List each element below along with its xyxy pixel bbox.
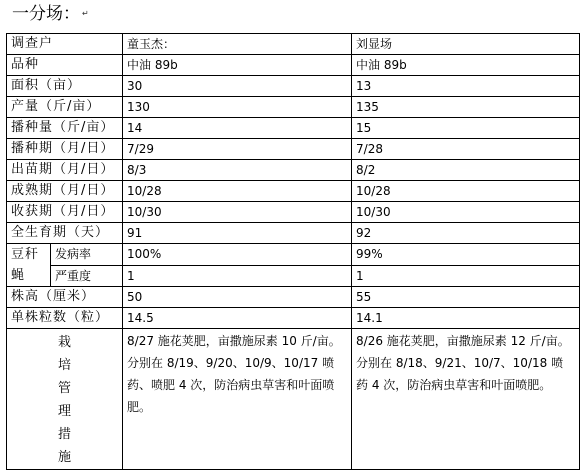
management-col1-text: 8/27 施花荚肥，亩撒施尿素 10 斤/亩。分别在 8/19、9/20、10/… bbox=[123, 329, 352, 470]
table-row: 产量（斤/亩） 130 135 bbox=[7, 97, 580, 118]
row-label: 单株粒数（粒） bbox=[7, 308, 123, 329]
table-row: 品种 中油 89b 中油 89b bbox=[7, 55, 580, 76]
pest-sub-label: 严重度 bbox=[51, 265, 123, 287]
row-col2-value: 8/2 bbox=[352, 160, 580, 181]
section-heading: 一分场：↵ bbox=[12, 3, 89, 25]
row-col2-value: 55 bbox=[352, 287, 580, 308]
row-col2-value: 99% bbox=[352, 244, 580, 266]
table-row: 播种量（斤/亩） 14 15 bbox=[7, 118, 580, 139]
header-col2-cell: 刘显场 bbox=[352, 34, 580, 55]
table-row: 株高（厘米） 50 55 bbox=[7, 287, 580, 308]
management-label: 栽 培 管 理 措 施 bbox=[7, 329, 123, 470]
management-label-char: 管 bbox=[7, 377, 122, 400]
row-col2-value: 92 bbox=[352, 223, 580, 244]
row-col1-value: 中油 89b bbox=[123, 55, 352, 76]
row-label: 产量（斤/亩） bbox=[7, 97, 123, 118]
row-col1-value: 1 bbox=[123, 265, 352, 287]
row-col1-value: 8/3 bbox=[123, 160, 352, 181]
row-col1-value: 10/30 bbox=[123, 202, 352, 223]
table-row: 成熟期（月/日） 10/28 10/28 bbox=[7, 181, 580, 202]
row-col1-value: 7/29 bbox=[123, 139, 352, 160]
paragraph-mark-icon: ↵ bbox=[82, 9, 89, 18]
row-label: 品种 bbox=[7, 55, 123, 76]
row-col1-value: 10/28 bbox=[123, 181, 352, 202]
management-col2-text: 8/26 施花荚肥，亩撒施尿素 12 斤/亩。分别在 8/18、9/21、10/… bbox=[352, 329, 580, 470]
row-col2-value: 7/28 bbox=[352, 139, 580, 160]
row-col1-value: 14 bbox=[123, 118, 352, 139]
row-col2-value: 10/30 bbox=[352, 202, 580, 223]
row-label: 株高（厘米） bbox=[7, 287, 123, 308]
management-row: 栽 培 管 理 措 施 8/27 施花荚肥，亩撒施尿素 10 斤/亩。分别在 8… bbox=[7, 329, 580, 470]
management-label-char: 施 bbox=[7, 446, 122, 469]
row-col1-value: 50 bbox=[123, 287, 352, 308]
row-label: 播种量（斤/亩） bbox=[7, 118, 123, 139]
row-label: 播种期（月/日） bbox=[7, 139, 123, 160]
row-label: 收获期（月/日） bbox=[7, 202, 123, 223]
row-col2-value: 10/28 bbox=[352, 181, 580, 202]
row-col2-value: 1 bbox=[352, 265, 580, 287]
header-label-cell: 调查户 bbox=[7, 34, 123, 55]
table-row: 播种期（月/日） 7/29 7/28 bbox=[7, 139, 580, 160]
row-col2-value: 135 bbox=[352, 97, 580, 118]
row-col1-value: 100% bbox=[123, 244, 352, 266]
header-col1-cell: 童玉杰： bbox=[123, 34, 352, 55]
table-row: 单株粒数（粒） 14.5 14.1 bbox=[7, 308, 580, 329]
management-label-char: 栽 bbox=[7, 331, 122, 354]
row-col1-value: 14.5 bbox=[123, 308, 352, 329]
management-label-char: 理 bbox=[7, 400, 122, 423]
pest-sub-label: 发病率 bbox=[51, 244, 123, 266]
row-col1-value: 91 bbox=[123, 223, 352, 244]
management-label-char: 培 bbox=[7, 354, 122, 377]
table-row: 出苗期（月/日） 8/3 8/2 bbox=[7, 160, 580, 181]
management-label-char: 措 bbox=[7, 423, 122, 446]
row-col1-value: 130 bbox=[123, 97, 352, 118]
row-col2-value: 中油 89b bbox=[352, 55, 580, 76]
row-col2-value: 13 bbox=[352, 76, 580, 97]
pest-group-label: 豆秆蝇 bbox=[7, 244, 51, 287]
section-heading-text: 一分场： bbox=[12, 4, 80, 24]
row-label: 面积（亩） bbox=[7, 76, 123, 97]
survey-table: 调查户 童玉杰： 刘显场 品种 中油 89b 中油 89b 面积（亩） 30 1… bbox=[6, 33, 580, 470]
row-col2-value: 14.1 bbox=[352, 308, 580, 329]
table-row: 全生育期（天） 91 92 bbox=[7, 223, 580, 244]
row-label: 全生育期（天） bbox=[7, 223, 123, 244]
row-label: 成熟期（月/日） bbox=[7, 181, 123, 202]
table-header-row: 调查户 童玉杰： 刘显场 bbox=[7, 34, 580, 55]
row-label: 出苗期（月/日） bbox=[7, 160, 123, 181]
pest-row-incidence: 豆秆蝇 发病率 100% 99% bbox=[7, 244, 580, 266]
pest-row-severity: 严重度 1 1 bbox=[7, 265, 580, 287]
row-col2-value: 15 bbox=[352, 118, 580, 139]
table-row: 面积（亩） 30 13 bbox=[7, 76, 580, 97]
table-row: 收获期（月/日） 10/30 10/30 bbox=[7, 202, 580, 223]
row-col1-value: 30 bbox=[123, 76, 352, 97]
